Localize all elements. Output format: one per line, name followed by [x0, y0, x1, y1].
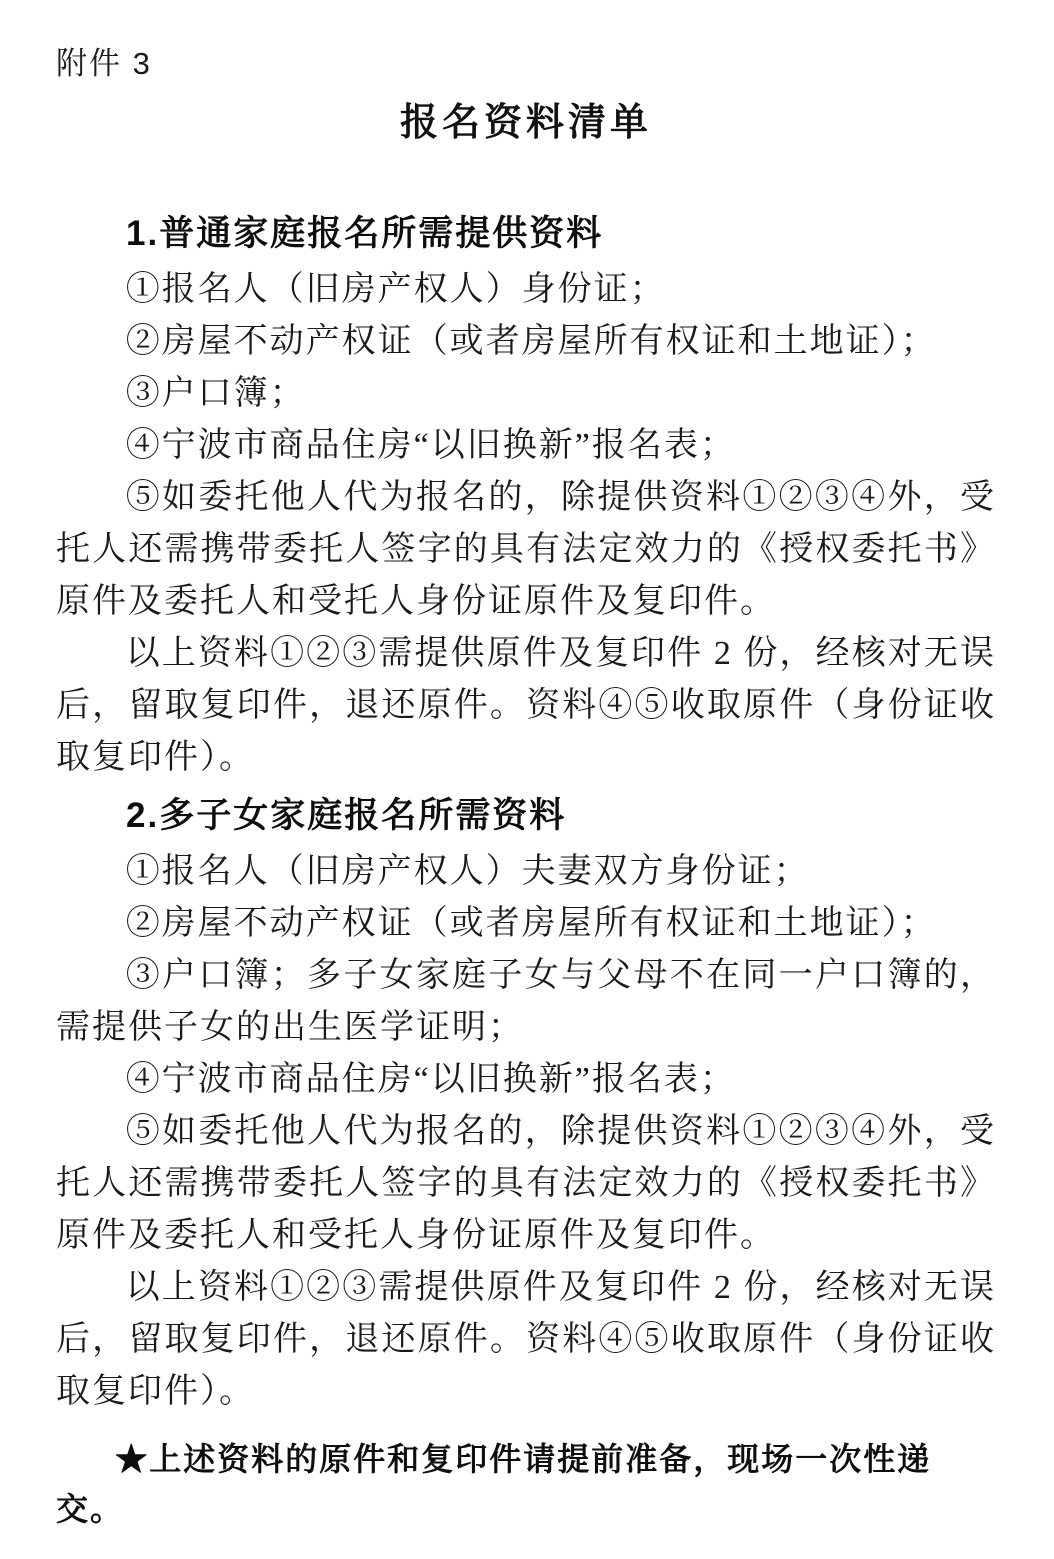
- section-multi-child-family: 2.多子女家庭报名所需资料 ①报名人（旧房产权人）夫妻双方身份证； ②房屋不动产…: [56, 790, 996, 1418]
- section-2-item-5: ⑤如委托他人代为报名的，除提供资料①②③④外，受托人还需携带委托人签字的具有法定…: [56, 1106, 996, 1262]
- section-1-item-5: ⑤如委托他人代为报名的，除提供资料①②③④外，受托人还需携带委托人签字的具有法定…: [56, 472, 996, 628]
- section-1-item-3: ③户口簿；: [56, 368, 996, 420]
- attachment-label: 附件 3: [56, 44, 996, 84]
- footnote: ★上述资料的原件和复印件请提前准备，现场一次性递交。: [56, 1434, 996, 1534]
- section-1-note: 以上资料①②③需提供原件及复印件 2 份，经核对无误后，留取复印件，退还原件。资…: [56, 628, 996, 784]
- section-2-heading: 2.多子女家庭报名所需资料: [56, 790, 996, 842]
- section-2-item-4: ④宁波市商品住房“以旧换新”报名表；: [56, 1054, 996, 1106]
- document-page: 附件 3 报名资料清单 1.普通家庭报名所需提供资料 ①报名人（旧房产权人）身份…: [0, 0, 1054, 1559]
- section-1-item-1: ①报名人（旧房产权人）身份证；: [56, 264, 996, 316]
- section-2-item-2: ②房屋不动产权证（或者房屋所有权证和土地证）；: [56, 898, 996, 950]
- document-body: 1.普通家庭报名所需提供资料 ①报名人（旧房产权人）身份证； ②房屋不动产权证（…: [56, 208, 996, 1534]
- section-2-item-3: ③户口簿；多子女家庭子女与父母不在同一户口簿的，需提供子女的出生医学证明；: [56, 950, 996, 1054]
- section-2-note: 以上资料①②③需提供原件及复印件 2 份，经核对无误后，留取复印件，退还原件。资…: [56, 1262, 996, 1418]
- page-title: 报名资料清单: [56, 100, 996, 146]
- section-1-item-2: ②房屋不动产权证（或者房屋所有权证和土地证）；: [56, 316, 996, 368]
- section-1-heading: 1.普通家庭报名所需提供资料: [56, 208, 996, 260]
- section-ordinary-family: 1.普通家庭报名所需提供资料 ①报名人（旧房产权人）身份证； ②房屋不动产权证（…: [56, 208, 996, 784]
- section-2-item-1: ①报名人（旧房产权人）夫妻双方身份证；: [56, 846, 996, 898]
- section-1-item-4: ④宁波市商品住房“以旧换新”报名表；: [56, 420, 996, 472]
